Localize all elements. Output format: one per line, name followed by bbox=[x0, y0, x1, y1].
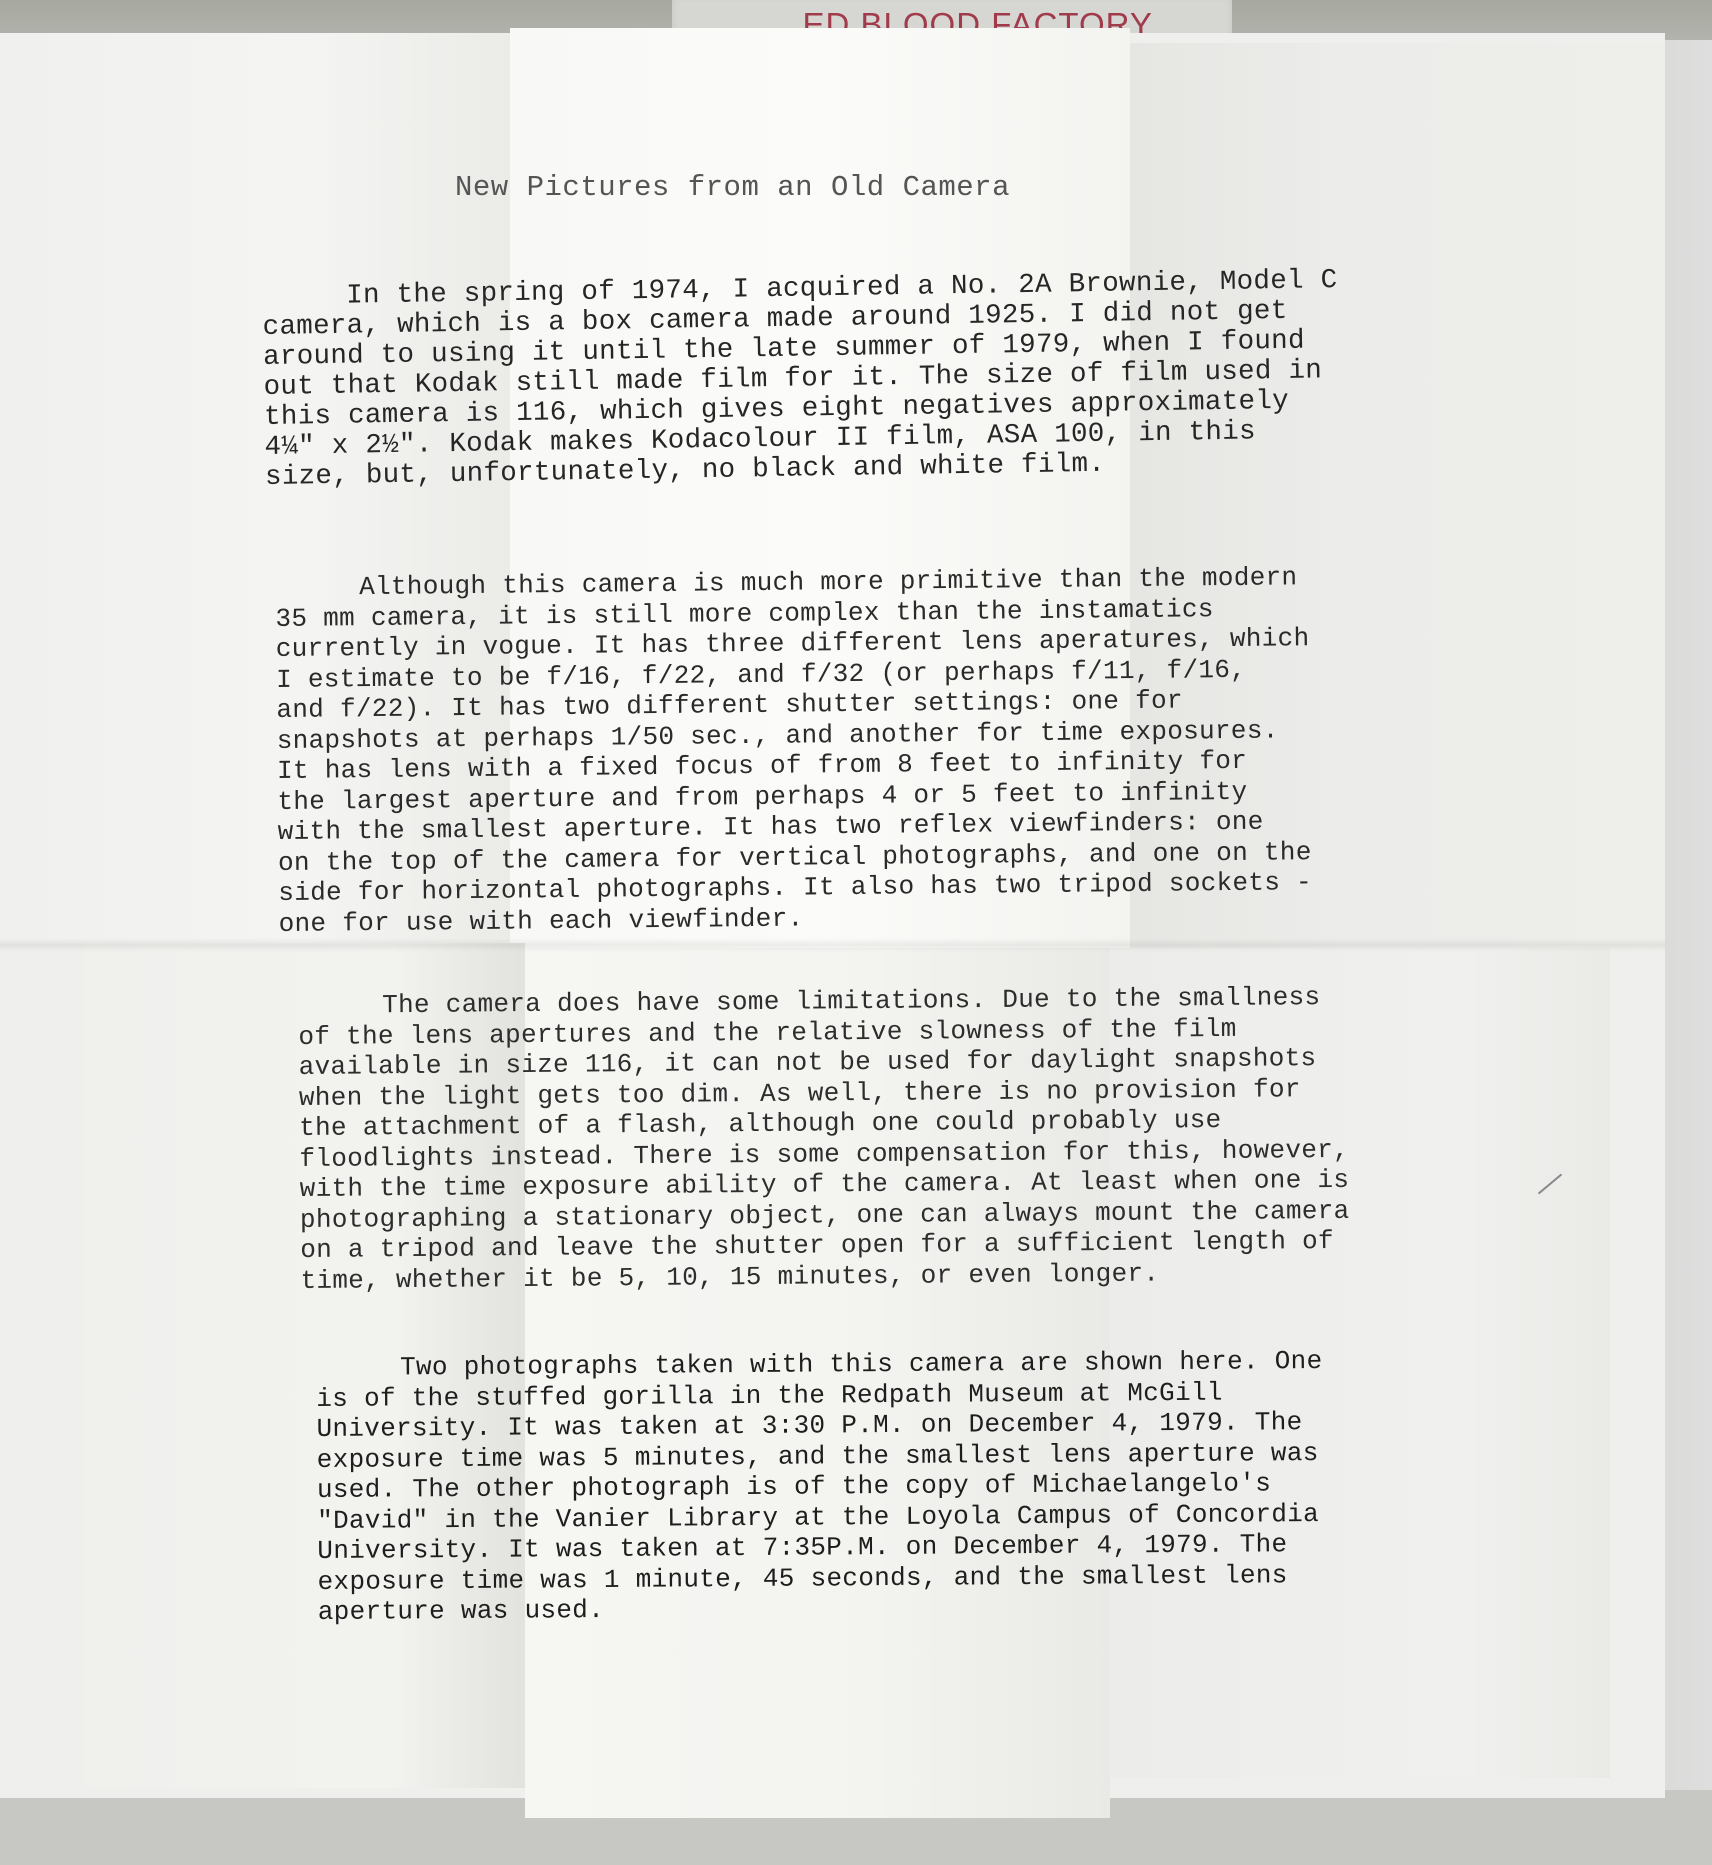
pencil-mark bbox=[1538, 1174, 1562, 1195]
typewritten-letter: New Pictures from an Old Camera In the s… bbox=[0, 33, 1665, 1798]
paragraph-2: Although this camera is much more primit… bbox=[275, 562, 1312, 939]
paragraph-3: The camera does have some limitations. D… bbox=[298, 982, 1350, 1296]
letter-content: New Pictures from an Old Camera In the s… bbox=[0, 33, 1665, 1798]
document-title: New Pictures from an Old Camera bbox=[455, 171, 1010, 204]
paragraph-1: In the spring of 1974, I acquired a No. … bbox=[262, 266, 1341, 493]
text-line: aperture was used. bbox=[318, 1590, 1325, 1628]
paragraph-4: Two photographs taken with this camera a… bbox=[316, 1346, 1324, 1628]
